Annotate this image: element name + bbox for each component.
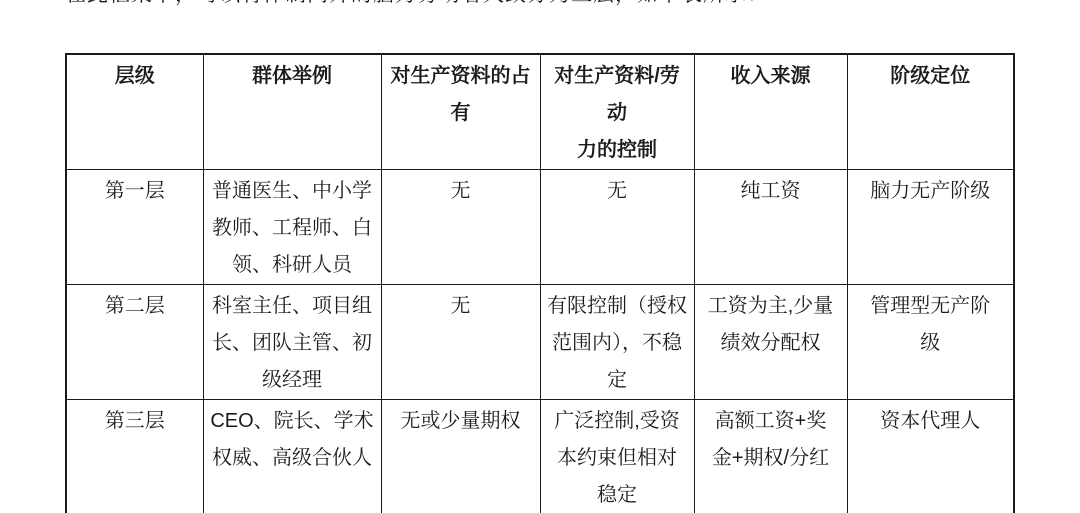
cell-class: 脑力无产阶级 [847,170,1014,285]
cell-ownership: 无 [381,285,540,400]
header-cell-income: 收入来源 [694,54,847,170]
header-cell-ownership: 对生产资料的占 有 [381,54,540,170]
header-cell-level: 层级 [66,54,203,170]
header-cell-control: 对生产资料/劳动 力的控制 [540,54,694,170]
cell-control: 有限控制（授权 范围内），不稳 定 [540,285,694,400]
cell-group: 科室主任、项目组 长、团队主管、初 级经理 [203,285,381,400]
cell-class: 管理型无产阶 级 [847,285,1014,400]
cell-level: 第二层 [66,285,203,400]
cell-group: 普通医生、中小学 教师、工程师、白 领、科研人员 [203,170,381,285]
cell-level: 第一层 [66,170,203,285]
table-row: 第一层 普通医生、中小学 教师、工程师、白 领、科研人员 无 无 纯工资 脑力无… [66,170,1014,285]
cell-income: 工资为主,少量 绩效分配权 [694,285,847,400]
cell-ownership: 无 [381,170,540,285]
cell-income: 纯工资 [694,170,847,285]
table-row: 第三层 CEO、院长、学术 权威、高级合伙人 无或少量期权 广泛控制,受资 本约… [66,400,1014,513]
header-cell-class: 阶级定位 [847,54,1014,170]
cell-class: 资本代理人 [847,400,1014,513]
cell-control: 无 [540,170,694,285]
table-header-row: 层级 群体举例 对生产资料的占 有 对生产资料/劳动 力的控制 收入来源 阶级定… [66,54,1014,170]
cell-level: 第三层 [66,400,203,513]
document-page: 在此框架下，可以将体制内外的脑力劳动者大致分为三层，如下表所示： 层级 群体举例… [0,0,1080,513]
cell-income: 高额工资+奖 金+期权/分红 [694,400,847,513]
cell-ownership: 无或少量期权 [381,400,540,513]
class-structure-table: 层级 群体举例 对生产资料的占 有 对生产资料/劳动 力的控制 收入来源 阶级定… [65,53,1015,513]
table-row: 第二层 科室主任、项目组 长、团队主管、初 级经理 无 有限控制（授权 范围内）… [66,285,1014,400]
clipped-top-text-line: 在此框架下，可以将体制内外的脑力劳动者大致分为三层，如下表所示： [65,0,825,8]
clipped-top-text: 在此框架下，可以将体制内外的脑力劳动者大致分为三层，如下表所示： [65,0,825,7]
cell-group: CEO、院长、学术 权威、高级合伙人 [203,400,381,513]
header-cell-group: 群体举例 [203,54,381,170]
cell-control: 广泛控制,受资 本约束但相对 稳定 [540,400,694,513]
